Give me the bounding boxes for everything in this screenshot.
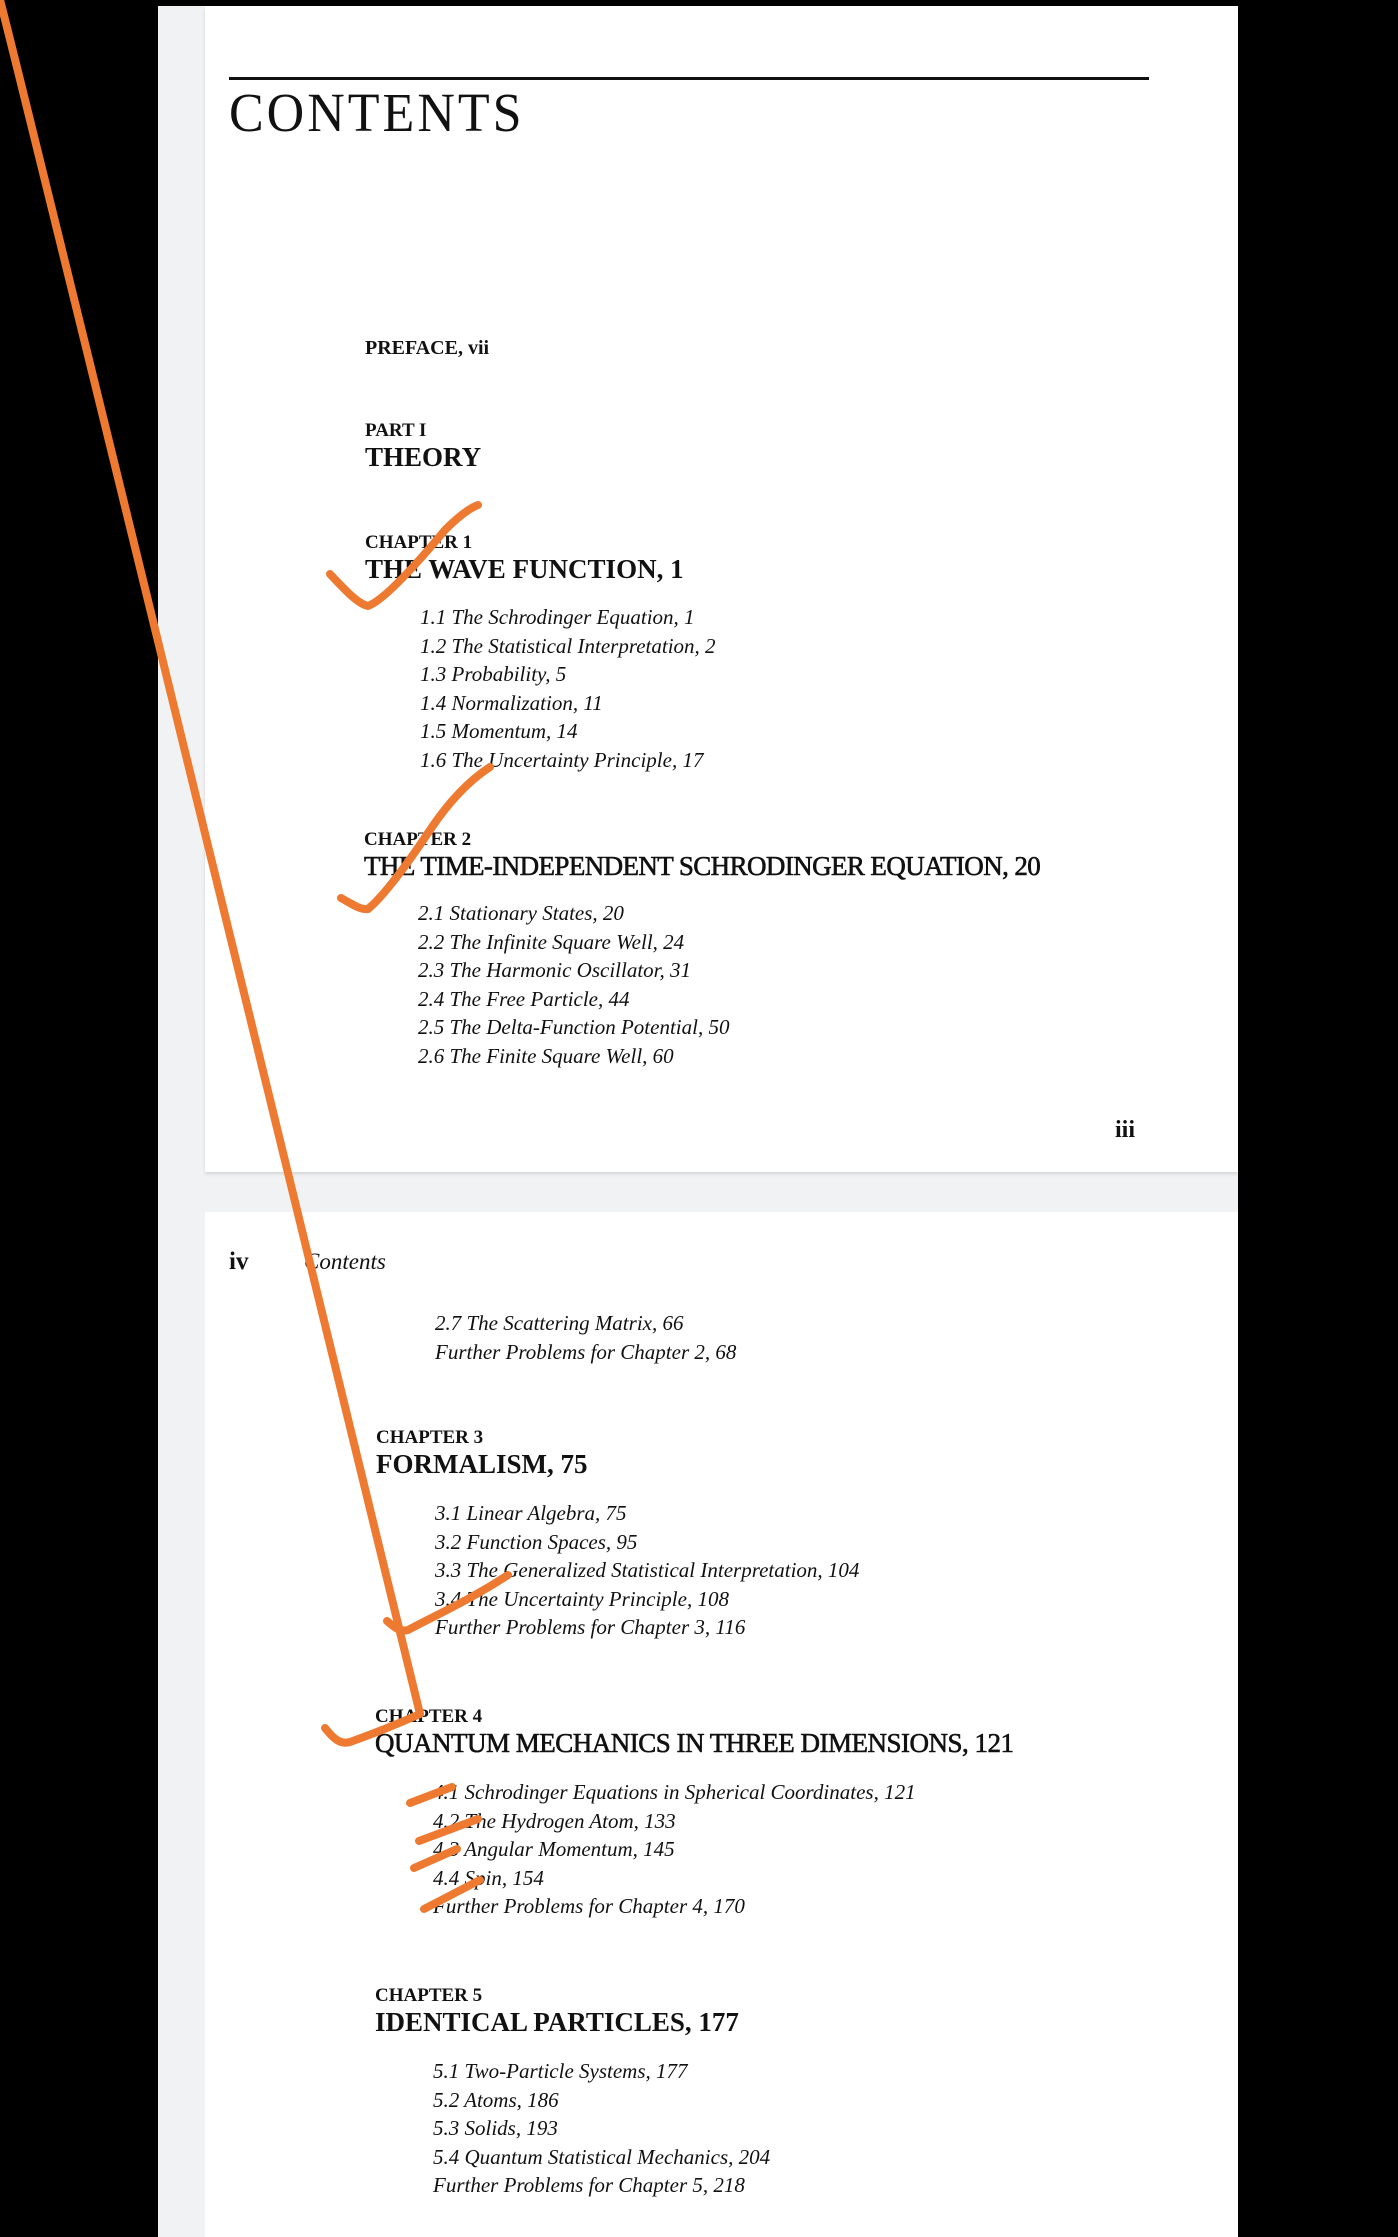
page-number: iii bbox=[1115, 1117, 1135, 1144]
chapter-4-title[interactable]: QUANTUM MECHANICS IN THREE DIMENSIONS, 1… bbox=[375, 1728, 1014, 1759]
toc-section[interactable]: 1.3 Probability, 5 bbox=[420, 660, 716, 689]
toc-section[interactable]: 4.2 The Hydrogen Atom, 133 bbox=[433, 1807, 916, 1836]
toc-section[interactable]: 1.2 The Statistical Interpretation, 2 bbox=[420, 632, 716, 661]
toc-section[interactable]: 3.2 Function Spaces, 95 bbox=[435, 1528, 859, 1557]
chapter-5-sections: 5.1 Two-Particle Systems, 177 5.2 Atoms,… bbox=[433, 2057, 770, 2200]
toc-section[interactable]: 1.1 The Schrodinger Equation, 1 bbox=[420, 603, 716, 632]
page-iii: CONTENTS PREFACE, vii PART I THEORY CHAP… bbox=[205, 6, 1238, 1172]
toc-preface[interactable]: PREFACE, vii bbox=[365, 337, 489, 360]
chapter-3-label: CHAPTER 3 bbox=[376, 1427, 483, 1449]
part-title[interactable]: THEORY bbox=[365, 442, 481, 473]
toc-section[interactable]: 5.4 Quantum Statistical Mechanics, 204 bbox=[433, 2143, 770, 2172]
toc-section[interactable]: 2.6 The Finite Square Well, 60 bbox=[418, 1042, 729, 1071]
toc-section[interactable]: 2.5 The Delta-Function Potential, 50 bbox=[418, 1013, 729, 1042]
toc-section[interactable]: Further Problems for Chapter 5, 218 bbox=[433, 2171, 770, 2200]
title-rule bbox=[229, 77, 1149, 80]
chapter-1-sections: 1.1 The Schrodinger Equation, 1 1.2 The … bbox=[420, 603, 716, 775]
page-iv: iv Contents 2.7 The Scattering Matrix, 6… bbox=[205, 1212, 1238, 2237]
toc-section[interactable]: 2.2 The Infinite Square Well, 24 bbox=[418, 928, 729, 957]
chapter-1-title[interactable]: THE WAVE FUNCTION, 1 bbox=[365, 554, 684, 585]
toc-section[interactable]: 3.1 Linear Algebra, 75 bbox=[435, 1499, 859, 1528]
chapter-3-sections: 3.1 Linear Algebra, 75 3.2 Function Spac… bbox=[435, 1499, 859, 1642]
chapter-4-sections: 4.1 Schrodinger Equations in Spherical C… bbox=[433, 1778, 916, 1921]
toc-section[interactable]: Further Problems for Chapter 4, 170 bbox=[433, 1892, 916, 1921]
running-head-title: Contents bbox=[304, 1249, 386, 1275]
toc-section[interactable]: 4.3 Angular Momentum, 145 bbox=[433, 1835, 916, 1864]
continued-sections: 2.7 The Scattering Matrix, 66 Further Pr… bbox=[435, 1309, 736, 1366]
chapter-3-title[interactable]: FORMALISM, 75 bbox=[376, 1449, 588, 1480]
toc-section[interactable]: 2.1 Stationary States, 20 bbox=[418, 899, 729, 928]
chapter-2-title[interactable]: THE TIME-INDEPENDENT SCHRODINGER EQUATIO… bbox=[364, 851, 1040, 882]
chapter-5-label: CHAPTER 5 bbox=[375, 1985, 482, 2007]
chapter-1-label: CHAPTER 1 bbox=[365, 532, 472, 554]
chapter-2-sections: 2.1 Stationary States, 20 2.2 The Infini… bbox=[418, 899, 729, 1071]
chapter-5-title[interactable]: IDENTICAL PARTICLES, 177 bbox=[375, 2007, 739, 2038]
chapter-4-label: CHAPTER 4 bbox=[375, 1706, 482, 1728]
part-label: PART I bbox=[365, 420, 426, 442]
toc-section[interactable]: Further Problems for Chapter 3, 116 bbox=[435, 1613, 859, 1642]
toc-section[interactable]: 2.4 The Free Particle, 44 bbox=[418, 985, 729, 1014]
chapter-2-label: CHAPTER 2 bbox=[364, 829, 471, 851]
toc-section[interactable]: 2.3 The Harmonic Oscillator, 31 bbox=[418, 956, 729, 985]
toc-section[interactable]: 5.2 Atoms, 186 bbox=[433, 2086, 770, 2115]
toc-section[interactable]: 3.3 The Generalized Statistical Interpre… bbox=[435, 1556, 859, 1585]
toc-section[interactable]: Further Problems for Chapter 2, 68 bbox=[435, 1338, 736, 1367]
toc-section[interactable]: 2.7 The Scattering Matrix, 66 bbox=[435, 1309, 736, 1338]
toc-section[interactable]: 1.4 Normalization, 11 bbox=[420, 689, 716, 718]
page-title: CONTENTS bbox=[229, 83, 525, 145]
toc-section[interactable]: 5.1 Two-Particle Systems, 177 bbox=[433, 2057, 770, 2086]
toc-section[interactable]: 4.4 Spin, 154 bbox=[433, 1864, 916, 1893]
toc-section[interactable]: 3.4 The Uncertainty Principle, 108 bbox=[435, 1585, 859, 1614]
toc-section[interactable]: 5.3 Solids, 193 bbox=[433, 2114, 770, 2143]
running-head-page-number: iv bbox=[229, 1248, 248, 1276]
toc-section[interactable]: 1.6 The Uncertainty Principle, 17 bbox=[420, 746, 716, 775]
toc-section[interactable]: 4.1 Schrodinger Equations in Spherical C… bbox=[433, 1778, 916, 1807]
toc-section[interactable]: 1.5 Momentum, 14 bbox=[420, 717, 716, 746]
